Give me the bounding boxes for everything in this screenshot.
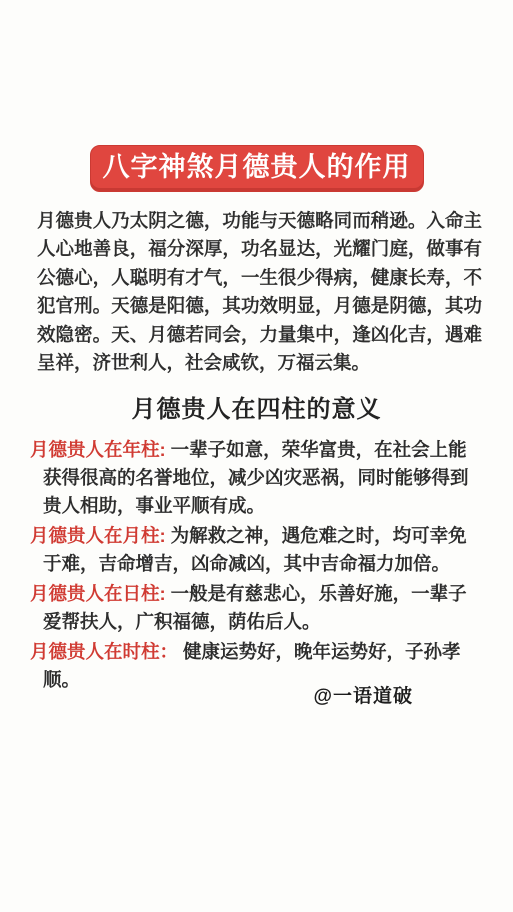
section-heading: 月德贵人在四柱的意义 <box>0 394 513 426</box>
page-title: 八字神煞月德贵人的作用 <box>103 152 411 182</box>
pillar-item-hour: 月德贵人在时柱：健康运势好，晚年运势好，子孙孝顺。 <box>30 638 482 694</box>
pillar-item-label: 月德贵人在年柱: <box>30 439 166 460</box>
infographic-page: 八字神煞月德贵人的作用 月德贵人乃太阴之德，功能与天德略同而稍逊。入命主人心地善… <box>0 0 513 912</box>
intro-paragraph: 月德贵人乃太阴之德，功能与天德略同而稍逊。入命主人心地善良，福分深厚，功名显达，… <box>37 207 482 377</box>
pillar-meanings-list: 月德贵人在年柱:一辈子如意，荣华富贵，在社会上能获得很高的名誉地位，减少凶灾恶祸… <box>30 436 482 696</box>
pillar-item-label: 月德贵人在月柱: <box>30 525 166 546</box>
author-signature: @一语道破 <box>313 684 413 710</box>
pillar-item-year: 月德贵人在年柱:一辈子如意，荣华富贵，在社会上能获得很高的名誉地位，减少凶灾恶祸… <box>30 436 482 520</box>
pillar-item-label: 月德贵人在日柱: <box>30 583 166 604</box>
title-badge: 八字神煞月德贵人的作用 <box>90 145 424 192</box>
pillar-item-day: 月德贵人在日柱:一般是有慈悲心，乐善好施，一辈子爱帮扶人，广积福德，荫佑后人。 <box>30 580 482 636</box>
pillar-item-month: 月德贵人在月柱:为解救之神，遇危难之时，均可幸免于难，吉命增吉，凶命减凶，其中吉… <box>30 522 482 578</box>
pillar-item-label: 月德贵人在时柱： <box>30 641 178 662</box>
